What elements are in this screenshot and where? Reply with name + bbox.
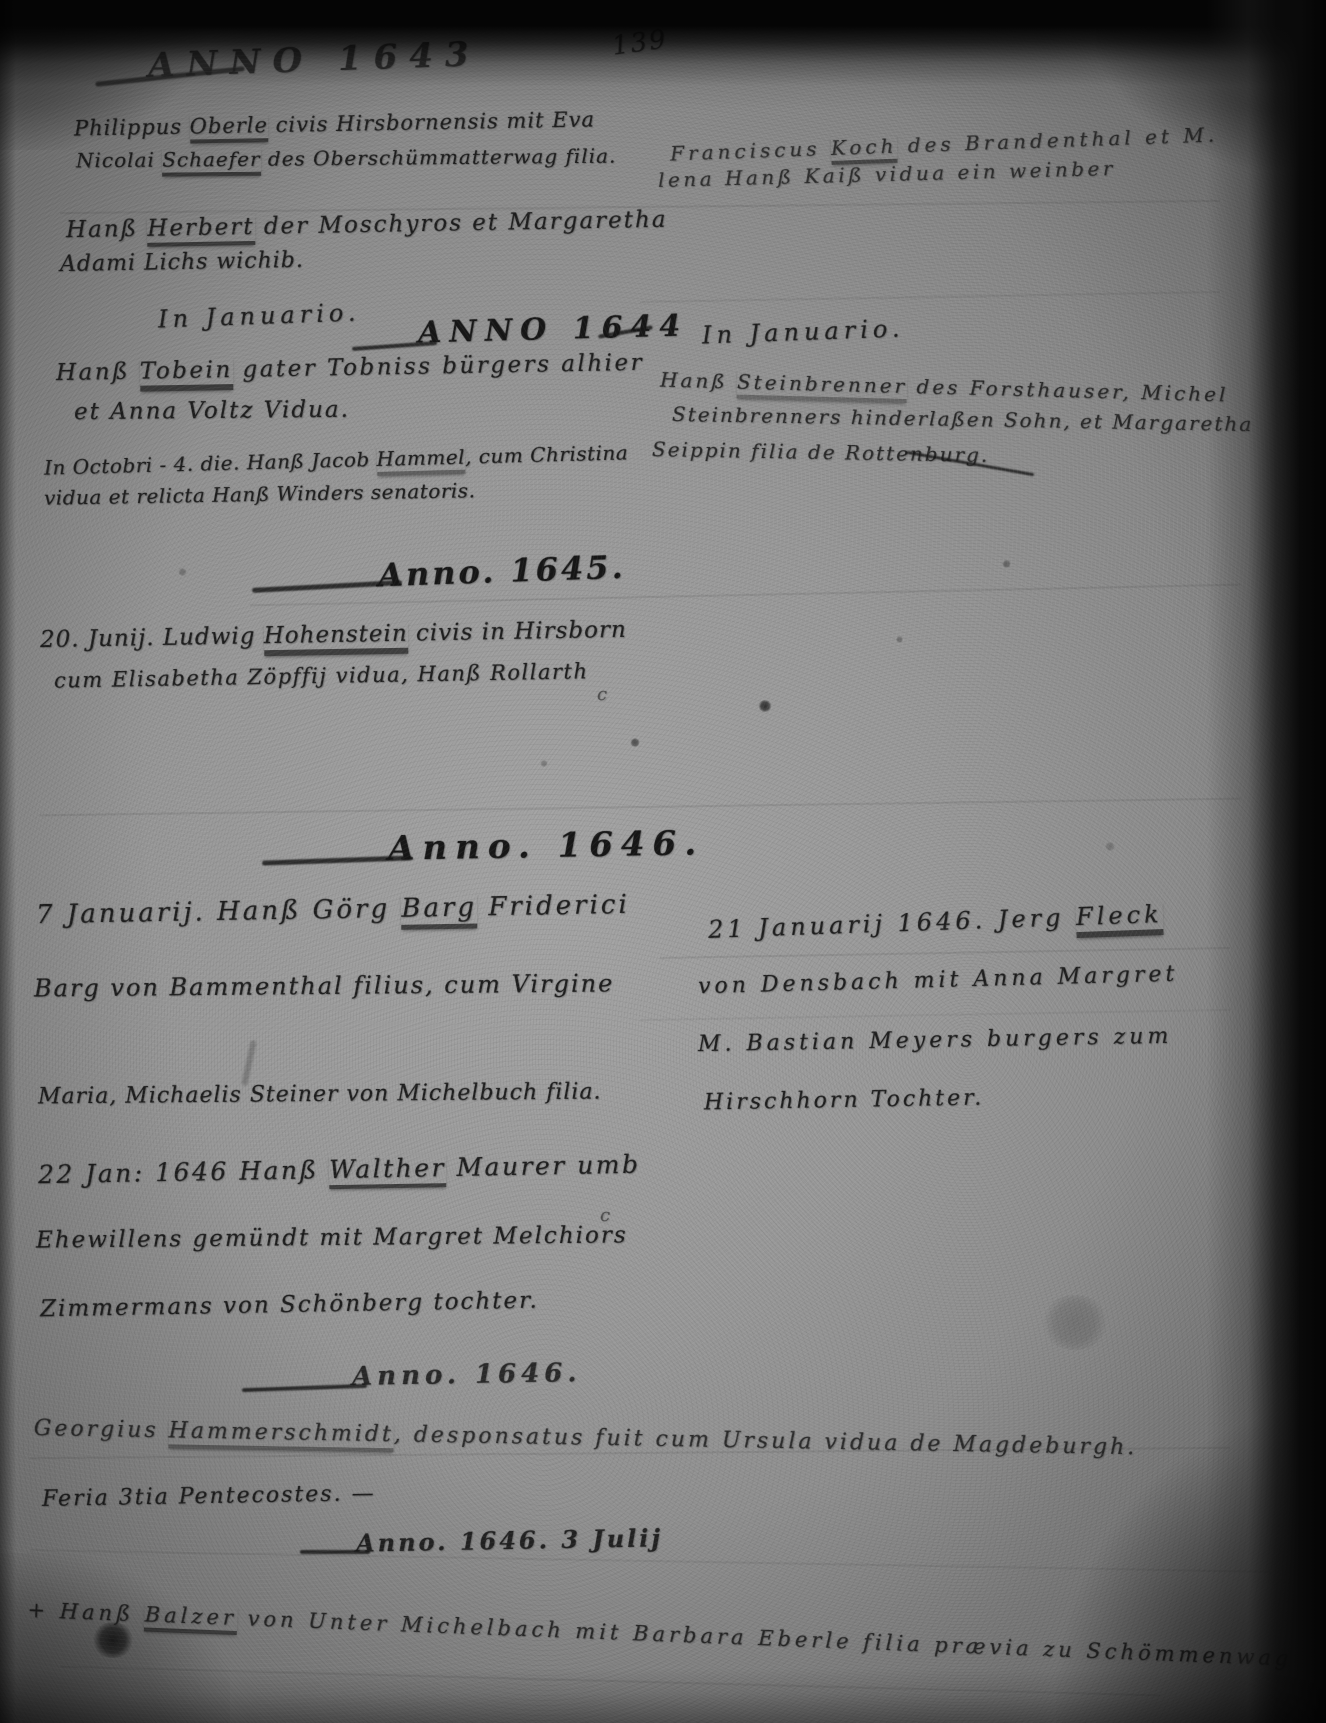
entry-line: Hanß Tobein gater Tobniss bürgers alhier <box>56 350 644 386</box>
underlined-name: Barg <box>401 892 477 929</box>
entry-text: 20. Junij. Ludwig <box>40 623 264 653</box>
entry-line: et Anna Voltz Vidua. <box>74 397 350 425</box>
entry-text: 7 Januarij. Hanß Görg <box>36 894 402 930</box>
entry-line: Barg von Bammenthal filius, cum Virgine <box>34 969 615 1002</box>
corner-shadow <box>0 1553 230 1723</box>
underlined-name: Steinbrenner <box>737 370 908 403</box>
stain <box>630 738 640 747</box>
entry-text: , desponsatus fuit cum Ursula vidua de M… <box>394 1422 1138 1460</box>
underlined-name: Hammel <box>376 445 465 476</box>
flourish-mark: c <box>597 684 607 705</box>
entry-text: von Densbach mit Anna Margret <box>698 962 1179 1000</box>
entry-line: Ehewillens gemündt mit Margret Melchiors <box>36 1222 628 1253</box>
entry-text: civis in Hirsborn <box>407 617 627 647</box>
entry-line: 20. Junij. Ludwig Hohenstein civis in Hi… <box>40 617 627 653</box>
entry-text: Maria, Michaelis Steiner von Michelbuch … <box>38 1080 602 1110</box>
ink-stroke <box>242 1384 367 1392</box>
heading-anno-1646: Anno. 1646. <box>388 823 705 869</box>
ruled-line <box>40 798 1240 817</box>
left-edge-shadow <box>0 0 16 1723</box>
stain <box>1002 560 1011 568</box>
entry-text: M. Bastian Meyers burgers zum <box>698 1024 1173 1057</box>
entry-line: Feria 3tia Pentecostes. — <box>42 1481 376 1512</box>
heading-in-januario-right: In Januario. <box>702 314 905 349</box>
entry-text: Hanß <box>660 368 738 394</box>
ruled-line <box>640 291 1220 303</box>
heading-anno-1644: ANNO 1644 <box>418 308 689 350</box>
underlined-name: Walther <box>329 1153 446 1189</box>
entry-text: Ehewillens gemündt mit Margret Melchiors <box>36 1222 628 1253</box>
entry-line: Hirschhorn Tochter. <box>704 1086 985 1116</box>
underlined-name: Balzer <box>144 1603 237 1636</box>
entry-line: Hanß Herbert der Moschyros et Margaretha <box>66 207 668 243</box>
entry-line: von Densbach mit Anna Margret <box>698 962 1179 1000</box>
underlined-name: Hammerschmidt <box>168 1418 394 1452</box>
entry-line: Hanß Steinbrenner des Forsthauser, Miche… <box>660 368 1229 407</box>
stain <box>1105 842 1115 851</box>
stain <box>758 700 772 712</box>
entry-text: Barg von Bammenthal filius, cum Virgine <box>34 969 615 1002</box>
entry-line: 7 Januarij. Hanß Görg Barg Friderici <box>36 890 630 930</box>
entry-line: vidua et relicta Hanß Winders senatoris. <box>44 478 476 510</box>
entry-text: 22 Jan: 1646 Hanß <box>38 1155 330 1189</box>
entry-text: Georgius <box>34 1416 169 1443</box>
entry-text: In Octobri - 4. die. Hanß Jacob <box>44 447 377 480</box>
ruled-line <box>640 1009 1230 1021</box>
entry-line: 22 Jan: 1646 Hanß Walther Maurer umb <box>38 1150 641 1190</box>
entry-line: cum Elisabetha Zöpffij vidua, Hanß Rolla… <box>54 659 589 692</box>
flourish-mark: c <box>600 1205 610 1226</box>
heading-anno-1645: Anno. 1645. <box>377 548 626 595</box>
entry-text: cum Elisabetha Zöpffij vidua, Hanß Rolla… <box>54 659 589 692</box>
entry-text: Seippin filia de Rottenburg. <box>652 437 990 467</box>
stain <box>896 636 903 643</box>
entry-text: , cum Christina <box>465 440 629 468</box>
stain <box>540 760 548 767</box>
entry-line: Maria, Michaelis Steiner von Michelbuch … <box>38 1080 602 1110</box>
entry-text: Hanß <box>66 216 148 243</box>
entry-line: In Octobri - 4. die. Hanß Jacob Hammel, … <box>44 440 629 479</box>
entry-text: Adami Lichs wichib. <box>60 248 304 277</box>
underlined-name: Schaefer <box>162 147 261 177</box>
entry-line: Franciscus Koch des Brandenthal et M. <box>670 122 1219 165</box>
ruled-line <box>30 1549 1270 1573</box>
entry-text: Steinbrenners hinderlaßen Sohn, et Marga… <box>672 402 1254 436</box>
underlined-name: Tobein <box>140 357 233 392</box>
entry-line: M. Bastian Meyers burgers zum <box>698 1024 1173 1057</box>
entry-line: Nicolai Schaefer des Oberschümmatterwag … <box>76 144 617 173</box>
entry-text: civis Hirsbornensis mit Eva <box>268 107 595 137</box>
entry-text: Hirschhorn Tochter. <box>704 1086 985 1116</box>
smudge <box>241 1040 256 1086</box>
entry-text: Feria 3tia Pentecostes. — <box>42 1481 376 1512</box>
entry-text: der Moschyros et Margaretha <box>254 207 667 240</box>
entry-line: Steinbrenners hinderlaßen Sohn, et Marga… <box>672 402 1254 436</box>
entry-line: Adami Lichs wichib. <box>60 248 304 277</box>
entry-text: Philippus <box>74 115 190 141</box>
entry-line: Seippin filia de Rottenburg. <box>652 437 990 467</box>
entry-line: Georgius Hammerschmidt, desponsatus fuit… <box>34 1416 1138 1460</box>
entry-text: Nicolai <box>76 148 162 173</box>
entry-line: 21 Januarij 1646. Jerg Fleck <box>708 900 1163 944</box>
stain <box>1040 1295 1110 1350</box>
entry-line: + Hanß Balzer von Unter Michelbach mit B… <box>27 1598 1293 1671</box>
entry-text: von Unter Michelbach mit Barbara Eberle … <box>236 1606 1292 1671</box>
stain <box>178 568 187 576</box>
underlined-name: Hohenstein <box>264 621 409 657</box>
ruled-line <box>60 1666 1160 1697</box>
entry-line: Zimmermans von Schönberg tochter. <box>40 1288 539 1323</box>
entry-text: + Hanß <box>27 1598 145 1626</box>
heading-anno-1646-second: Anno. 1646. <box>352 1358 582 1392</box>
entry-text: Hanß <box>56 359 140 386</box>
entry-text: Friderici <box>477 890 630 923</box>
underlined-name: Fleck <box>1076 900 1164 938</box>
register-page-scan: 139 ANNO 1643 Philippus Oberle civis Hir… <box>0 0 1326 1723</box>
entry-text: des Oberschümmatterwag filia. <box>260 144 616 171</box>
entry-text: Franciscus <box>670 136 832 166</box>
entry-text: des Forsthauser, Michel <box>907 374 1229 406</box>
heading-anno-1643: ANNO 1643 <box>147 34 481 86</box>
book-gutter-shadow <box>1206 0 1326 1723</box>
entry-text: 21 Januarij 1646. Jerg <box>708 903 1077 944</box>
entry-line: Philippus Oberle civis Hirsbornensis mit… <box>74 107 595 140</box>
heading-in-januario-left: In Januario. <box>158 298 361 333</box>
entry-text: Zimmermans von Schönberg tochter. <box>40 1288 539 1323</box>
stain <box>92 1622 134 1658</box>
entry-text: gater Tobniss bürgers alhier <box>232 350 644 383</box>
page-number: 139 <box>610 24 669 61</box>
entry-text: Maurer umb <box>446 1150 641 1182</box>
entry-text: et Anna Voltz Vidua. <box>74 397 350 425</box>
heading-anno-1646-julij: Anno. 1646. 3 Julij <box>356 1523 664 1557</box>
underlined-name: Oberle <box>189 113 268 143</box>
entry-text: vidua et relicta Hanß Winders senatoris. <box>44 478 476 510</box>
ruled-line <box>660 947 1230 959</box>
underlined-name: Herbert <box>147 214 255 247</box>
underlined-name: Koch <box>830 134 898 165</box>
entry-text: des Brandenthal et M. <box>897 122 1219 157</box>
bottom-edge-shadow <box>0 1668 1326 1723</box>
